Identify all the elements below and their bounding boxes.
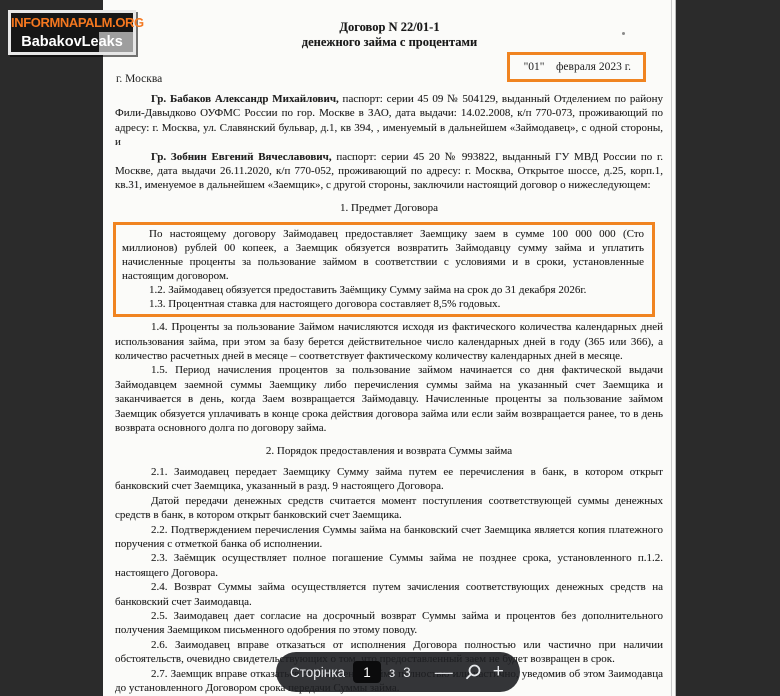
clause-1-1: По настоящему договору Займодавец предос… (122, 227, 644, 283)
viewer-page-toolbar: Сторінка 1 з 3 — + (276, 652, 520, 692)
date-highlight-box: "01" февраля 2023 г. (507, 52, 646, 82)
clause-1-5: 1.5. Период начисления процентов за поль… (115, 363, 663, 435)
clause-2-1b: Датой передачи денежных средств считаетс… (115, 494, 663, 523)
city-date-row: г. Москва "01" февраля 2023 г. (103, 50, 676, 90)
section1-heading: 1. Предмет Договора (115, 201, 663, 215)
page-label: Сторінка (290, 665, 345, 680)
viewer-screen: Договор N 22/01-1 денежного займа с проц… (0, 0, 780, 696)
clause-highlight-box: По настоящему договору Займодавец предос… (113, 222, 655, 317)
document-body: Гр. Бабаков Александр Михайлович, паспор… (115, 92, 663, 695)
section2-heading: 2. Порядок предоставления и возврата Сум… (115, 444, 663, 458)
zoom-out-button[interactable]: — (435, 662, 453, 683)
party2-name: Гр. Зобнин Евгений Вячеславович, (151, 151, 332, 163)
page-edge-shadow (671, 0, 672, 696)
party2-paragraph: Гр. Зобнин Евгений Вячеславович, паспорт… (115, 150, 663, 193)
clause-1-4: 1.4. Проценты за пользование Займом начи… (115, 320, 663, 363)
clause-2-3: 2.3. Заёмщик осуществляет полное погашен… (115, 551, 663, 580)
page-total: 3 (403, 665, 411, 680)
party1-paragraph: Гр. Бабаков Александр Михайлович, паспор… (115, 92, 663, 150)
document-title-line1: Договор N 22/01-1 (103, 20, 676, 35)
clause-2-4: 2.4. Возврат Суммы займа осуществляется … (115, 580, 663, 609)
document-city: г. Москва (116, 73, 162, 85)
page-number-input[interactable]: 1 (353, 661, 381, 683)
page-of-label: з (389, 665, 395, 680)
magnifier-icon[interactable] (464, 663, 482, 681)
document-title-line2: денежного займа с процентами (103, 35, 676, 50)
leak-watermark: INFORMNAPALM.ORG BabakovLeaks (8, 10, 136, 55)
document-title: Договор N 22/01-1 денежного займа с проц… (103, 0, 676, 50)
zoom-in-button[interactable]: + (493, 661, 504, 683)
clause-1-2: 1.2. Займодавец обязуется предоставить З… (122, 283, 644, 297)
watermark-leak-label: BabakovLeaks (11, 32, 133, 52)
clause-2-5: 2.5. Заимодавец дает согласие на досрочн… (115, 609, 663, 638)
document-page: Договор N 22/01-1 денежного займа с проц… (103, 0, 676, 696)
watermark-site-label: INFORMNAPALM.ORG (11, 13, 133, 32)
clause-2-1: 2.1. Заимодавец передает Заемщику Сумму … (115, 465, 663, 494)
clause-2-2: 2.2. Подтверждением перечисления Суммы з… (115, 523, 663, 552)
party1-name: Гр. Бабаков Александр Михайлович, (151, 93, 339, 105)
clause-1-3: 1.3. Процентная ставка для настоящего до… (122, 297, 644, 311)
scan-artifact-dot (622, 32, 625, 35)
